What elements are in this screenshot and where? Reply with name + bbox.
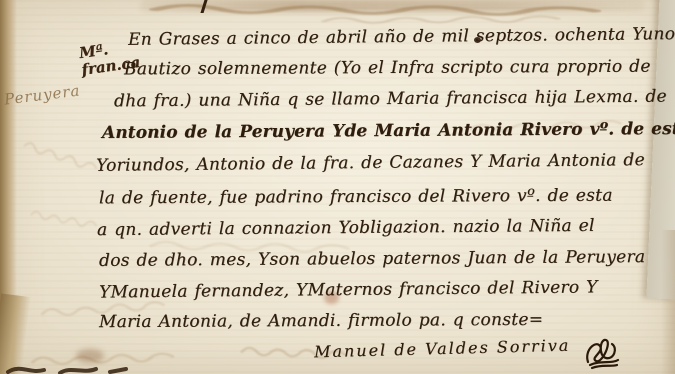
manuscript-line: Maria Antonia, de Amandi. firmolo pa. q … [99,310,543,332]
manuscript-line: la de fuente, fue padrino francisco del … [99,186,613,209]
bleed-through-mark [320,12,570,26]
manuscript-line: Yoriundos, Antonio de la fra. de Cazanes… [96,150,645,176]
page-edge-shadow [661,230,675,374]
brown-stain [76,349,104,363]
manuscript-line: Antonio de la Peruyera Yde Maria Antonia… [102,119,675,143]
manuscript-line: dha fra.) una Niña q se llamo Maria fran… [114,87,667,112]
signature-rubric-flourish [580,334,624,370]
bleed-through-mark [29,206,100,232]
next-entry-fragment [0,362,135,374]
manuscript-line: En Grases a cinco de abril año de mil se… [128,24,675,50]
cropped-stroke-fragment [196,0,216,13]
bleed-through-mark [21,136,102,176]
signature: Manuel de Valdes Sorriva [314,336,571,362]
manuscript-line: YManuela fernandez, YMaternos francisco … [99,277,598,302]
manuscript-line: a qn. adverti la connazion Yobligazion. … [97,216,595,240]
manuscript-photo: Mª. fran.ca Peruyera En Grases a cinco d… [0,0,675,374]
manuscript-line: dos de dho. mes, Yson abuelos paternos J… [99,247,645,271]
manuscript-line: Bautizo solemnemente (Yo el Infra script… [124,57,651,80]
